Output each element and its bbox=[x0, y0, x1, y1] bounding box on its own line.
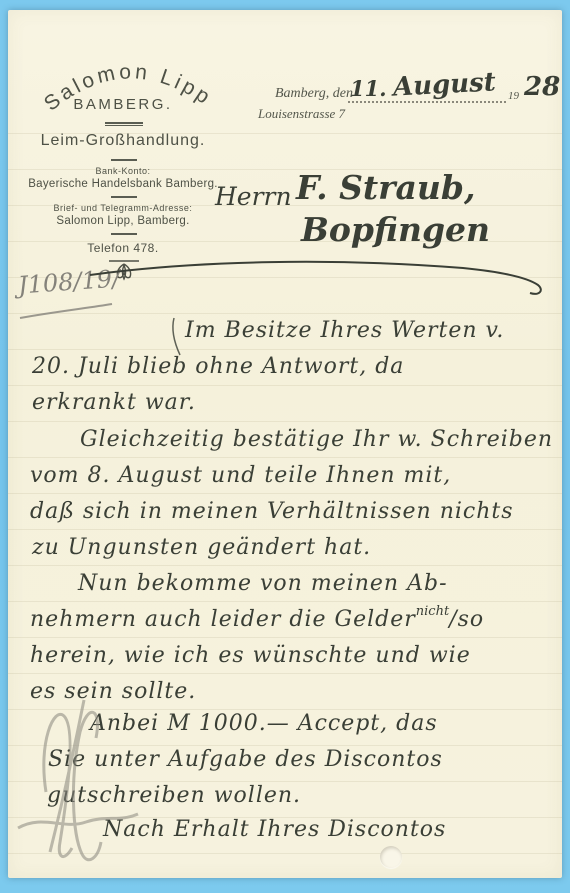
margin-note: J108/19/ bbox=[17, 264, 121, 299]
body-line-pre: nehmern auch leider die Gelder bbox=[30, 607, 416, 632]
underline-flourish bbox=[90, 262, 541, 294]
recipient-name: F. Straub, bbox=[296, 168, 476, 207]
date-century: 19 bbox=[508, 90, 519, 102]
telegram-address: Salomon Lipp, Bamberg. bbox=[8, 215, 238, 227]
margin-note-underline bbox=[20, 304, 112, 318]
body-line: es sein sollte. bbox=[30, 679, 196, 704]
bank-name: Bayerische Handelsbank Bamberg. bbox=[8, 178, 238, 190]
date-day: 11. bbox=[350, 76, 387, 101]
recipient-salutation: Herrn bbox=[215, 182, 292, 211]
letter-paper: Salomon Lipp BAMBERG. Leim-Großhandlung.… bbox=[8, 10, 562, 878]
letterhead-city: BAMBERG. bbox=[8, 96, 238, 113]
divider bbox=[111, 196, 137, 198]
body-line: 20. Juli blieb ohne Antwort, da bbox=[32, 354, 404, 379]
body-line: gutschreiben wollen. bbox=[47, 783, 301, 808]
body-line-post: /so bbox=[449, 607, 484, 632]
body-line: Nun bekomme von meinen Ab- bbox=[78, 571, 448, 596]
body-line: Anbei M 1000.— Accept, das bbox=[90, 711, 438, 736]
divider bbox=[111, 159, 137, 161]
inserted-word: nicht bbox=[416, 604, 449, 619]
body-line: erkrankt war. bbox=[32, 390, 196, 415]
body-line: herein, wie ich es wünschte und wie bbox=[30, 643, 471, 668]
body-line: zu Ungunsten geändert hat. bbox=[32, 535, 371, 560]
date-year: 28 bbox=[524, 72, 560, 102]
punch-hole bbox=[380, 846, 402, 868]
body-line: Nach Erhalt Ihres Discontos bbox=[103, 817, 446, 842]
body-line: vom 8. August und teile Ihnen mit, bbox=[30, 463, 451, 488]
body-line: Im Besitze Ihres Werten v. bbox=[185, 318, 504, 343]
pen-stroke bbox=[173, 318, 180, 355]
divider bbox=[111, 233, 137, 235]
divider bbox=[105, 125, 143, 126]
bank-label: Bank-Konto: bbox=[8, 166, 238, 176]
telegram-label: Brief- und Telegramm-Adresse: bbox=[8, 203, 238, 213]
phone-number: Telefon 478. bbox=[8, 241, 238, 255]
dateline-place: Bamberg, den bbox=[275, 86, 353, 102]
body-line: Gleichzeitig bestätige Ihr w. Schreiben bbox=[80, 427, 553, 452]
scanned-letter: Salomon Lipp BAMBERG. Leim-Großhandlung.… bbox=[0, 0, 570, 893]
recipient-city: Bopfingen bbox=[301, 210, 490, 249]
body-line: Sie unter Aufgabe des Discontos bbox=[48, 747, 443, 772]
body-line-with-insert: nehmern auch leider die Geldernicht/so bbox=[30, 607, 484, 632]
letterhead-trade: Leim-Großhandlung. bbox=[8, 132, 238, 150]
date-month: August bbox=[392, 67, 496, 102]
body-line: daß sich in meinen Verhältnissen nichts bbox=[30, 499, 514, 524]
street-address: Louisenstrasse 7 bbox=[258, 106, 345, 122]
divider bbox=[105, 122, 143, 124]
